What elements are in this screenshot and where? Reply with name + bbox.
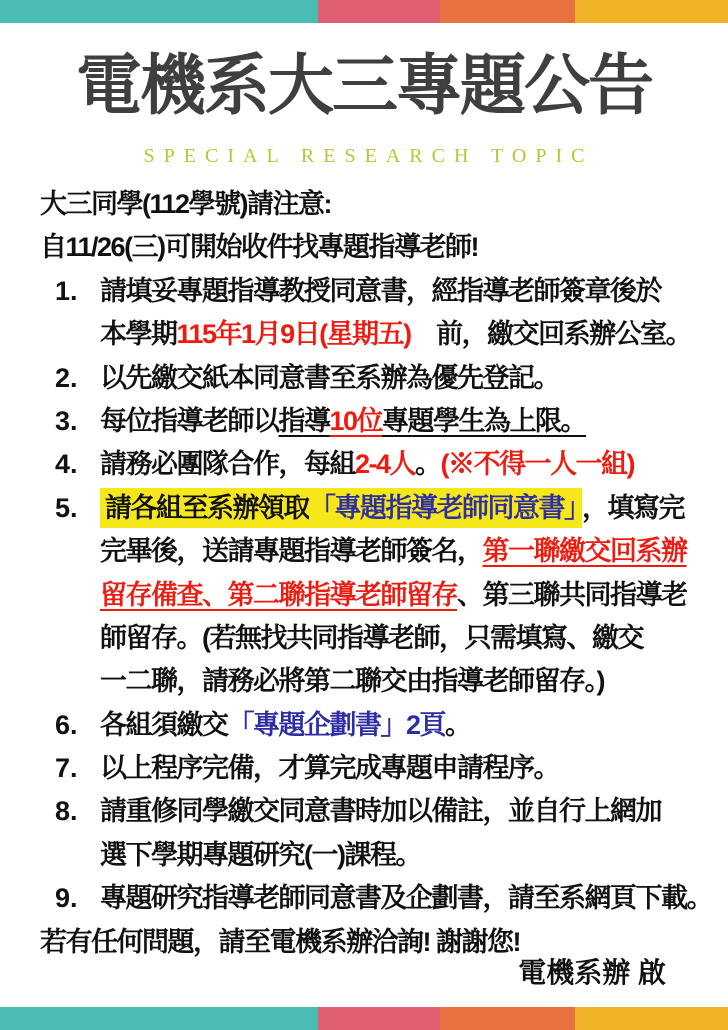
text-segment: 10位 [330,406,383,436]
text-segment: 「專題指導老師同意書」 [309,488,582,528]
body-line-14: 7.以上程序完備，才算完成專題申請程序。 [40,747,708,790]
text-segment: 請務必團隊合作，每組 [100,449,355,479]
text-segment: 。 [415,449,441,479]
body-line-17: 9.專題研究指導老師同意書及企劃書，請至系網頁下載。 [40,877,708,920]
text-segment: 請填妥專題指導教授同意書，經指導老師簽章後於 [100,276,661,306]
text-segment: 選下學期專題研究(一)課程。 [100,840,421,870]
page-title: 電機系大三專題公告 [0,49,728,121]
orange-stripe-segment [440,1007,575,1030]
announcement-poster: 電機系大三專題公告 SPECIAL RESEARCH TOPIC 大三同學(11… [0,0,728,1030]
text-segment: 以先繳交紙本同意書至系辦為優先登記。 [100,363,559,393]
top-color-stripe [0,0,728,23]
text-segment: 每位指導老師以 [100,406,279,436]
body-line-12: 一二聯，請務必將第二聯交由指導老師留存。) [40,660,708,703]
text-segment: 。 [445,710,471,740]
list-number: 2. [55,357,100,400]
text-segment: 「專題企劃書」2頁 [228,710,446,740]
body-line-5: 2.以先繳交紙本同意書至系辦為優先登記。 [40,357,708,400]
list-number: 8. [55,790,100,833]
list-number: 3. [55,400,100,443]
text-segment: 各組須繳交 [100,710,228,740]
body-line-9: 完畢後，送請專題指導老師簽名，第一聯繳交回系辦 [40,530,708,573]
yellow-stripe-segment [575,1007,728,1030]
orange-stripe-segment [440,0,575,23]
text-segment: 留存備查、第二聯指導老師留存 [100,580,457,610]
teal-stripe-segment [0,0,318,23]
body-line-4: 本學期115年1月9日(星期五) 前，繳交回系辦公室。 [40,313,708,356]
body-line-13: 6.各組須繳交「專題企劃書」2頁。 [40,704,708,747]
body-line-16: 選下學期專題研究(一)課程。 [40,834,708,877]
body-line-2: 自11/26(三)可開始收件找專題指導老師! [40,226,708,269]
list-number: 7. [55,747,100,790]
text-segment: 專題學生為上限。 [382,406,586,436]
bottom-color-stripe [0,1007,728,1030]
text-segment: 請各組至系辦領取 [100,488,309,528]
list-number: 4. [55,443,100,486]
body-line-11: 師留存。(若無找共同指導老師，只需填寫、繳交 [40,617,708,660]
body-text: 大三同學(112學號)請注意:自11/26(三)可開始收件找專題指導老師!1.請… [40,183,708,964]
pink-stripe-segment [318,0,440,23]
body-line-10: 留存備查、第二聯指導老師留存、第三聯共同指導老 [40,574,708,617]
text-segment: 若有任何問題，請至電機系辦洽詢! 謝謝您! [40,927,520,957]
list-number: 1. [55,270,100,313]
text-segment: ，填寫完 [582,493,684,523]
signoff-text: 電機系辦 啟 [518,951,666,991]
text-segment: 以上程序完備，才算完成專題申請程序。 [100,753,559,783]
text-segment: 請重修同學繳交同意書時加以備註，並自行上網加 [100,796,661,826]
list-number: 5. [55,487,100,530]
text-segment: (※不得一人一組) [441,449,634,479]
text-segment: 、第三聯共同指導老 [457,580,687,610]
text-segment: 前，繳交回系辦公室。 [411,319,692,349]
list-number: 9. [55,877,100,920]
text-segment: 自11/26(三)可開始收件找專題指導老師! [40,232,478,262]
teal-stripe-segment [0,1007,318,1030]
text-segment: 專題研究指導老師同意書及企劃書，請至系網頁下載。 [100,883,712,913]
text-segment: 第一聯繳交回系辦 [483,536,687,566]
text-segment: 一二聯，請務必將第二聯交由指導老師留存。) [100,666,604,696]
body-line-6: 3.每位指導老師以指導10位專題學生為上限。 [40,400,708,443]
text-segment: 師留存。(若無找共同指導老師，只需填寫、繳交 [100,623,643,653]
list-number: 6. [55,704,100,747]
text-segment: 本學期 [100,319,177,349]
body-line-8: 5.請各組至系辦領取「專題指導老師同意書」，填寫完 [40,487,708,530]
text-segment: 115年1月9日(星期五) [177,319,411,349]
page-subtitle: SPECIAL RESEARCH TOPIC [0,145,728,168]
body-line-3: 1.請填妥專題指導教授同意書，經指導老師簽章後於 [40,270,708,313]
pink-stripe-segment [318,1007,440,1030]
body-line-7: 4.請務必團隊合作，每組2-4人。(※不得一人一組) [40,443,708,486]
body-line-1: 大三同學(112學號)請注意: [40,183,708,226]
body-line-15: 8.請重修同學繳交同意書時加以備註，並自行上網加 [40,790,708,833]
yellow-stripe-segment [575,0,728,23]
text-segment: 2-4人 [355,449,415,479]
text-segment: 大三同學(112學號)請注意: [40,189,331,219]
text-segment: 完畢後，送請專題指導老師簽名， [100,536,483,566]
text-segment: 指導 [279,406,330,436]
